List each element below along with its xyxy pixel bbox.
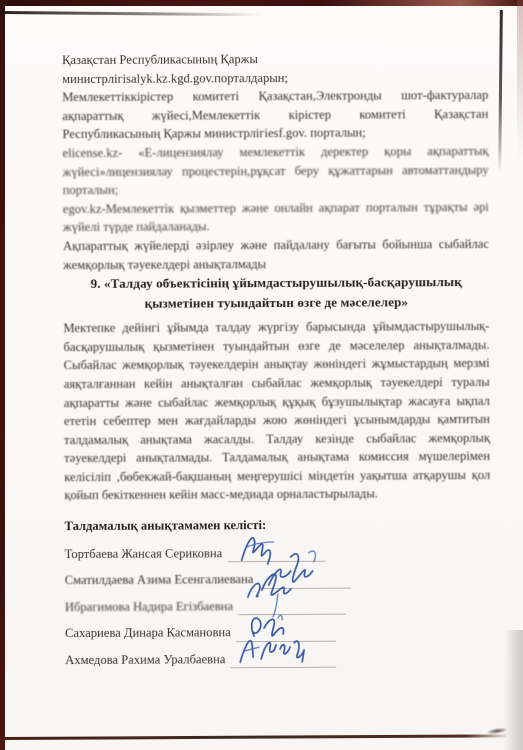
signature-line <box>230 653 336 669</box>
body-paragraph: Мектепке дейінгі ұйымда талдау жүргізу б… <box>63 317 490 505</box>
signatory-name: Тортбаева Жансая Сериковна <box>65 544 223 563</box>
document-content: Қазақстан Республикасының Қаржы министрл… <box>62 49 491 669</box>
page-left-edge <box>0 0 5 750</box>
top-crease-line <box>0 11 262 16</box>
paragraph-it-risks: Ақпараттық жүйелерді әзірлеу және пайдал… <box>63 235 489 274</box>
paragraph-revenue-committee: Мемлекеттіккірістер комитеті Қазақстан,Э… <box>62 86 488 144</box>
page-top-edge <box>0 0 523 6</box>
signatory-row: Ахмедова Рахима Уралбаевна <box>65 641 491 670</box>
signatory-name: Сматилдаева Азима Есенгалиевана <box>65 570 254 590</box>
photo-shadow <box>503 630 523 750</box>
section-heading: 9. «Талдау объектісінің ұйымдастырушылық… <box>63 272 489 313</box>
signatory-name: Сахариева Динара Касмановна <box>65 623 231 642</box>
scanned-page: Қазақстан Республикасының Қаржы министрл… <box>0 0 523 750</box>
page-bottom-rule <box>0 734 506 739</box>
signatory-name: Ибрагимова Надира Егізбаевна <box>65 597 233 616</box>
paragraph-finance-portals: Қазақстан Республикасының Қаржы министрл… <box>62 49 488 88</box>
signature-ink-icon <box>236 628 312 672</box>
signatory-name: Ахмедова Рахима Уралбаевна <box>65 650 225 669</box>
right-scan-line <box>498 10 502 172</box>
paragraph-egov: egov.kz-Мемлекеттік қызметтер және онлай… <box>63 198 489 237</box>
page-right-edge-tint <box>517 0 523 160</box>
paragraph-elicense: elicense.kz- «Е-лицензиялау мемлекеттік … <box>62 142 488 200</box>
